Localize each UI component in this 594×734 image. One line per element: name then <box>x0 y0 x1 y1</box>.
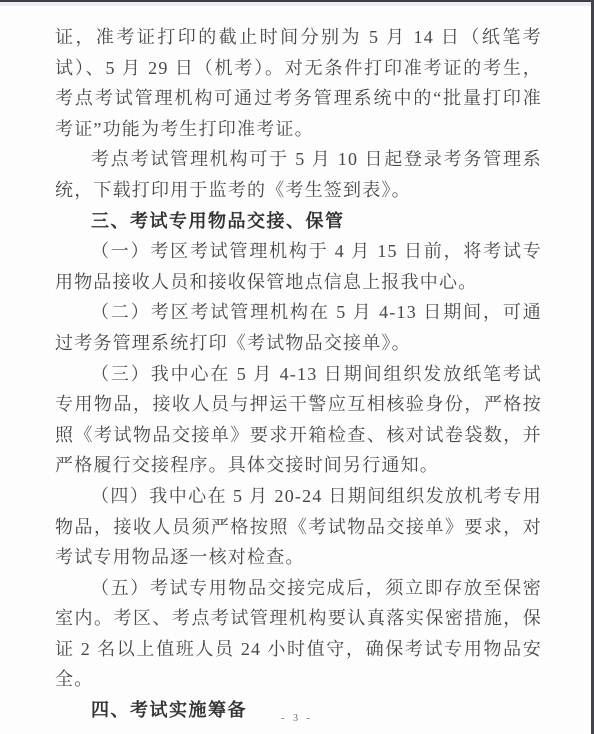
page-number: - 3 - <box>0 713 594 724</box>
body-paragraph-item-5: （五）考试专用物品交接完成后，须立即存放至保密室内。考区、考点考试管理机构要认真… <box>55 573 542 695</box>
body-paragraph-item-1: （一）考区考试管理机构于 4 月 15 日前，将考试专用物品接收人员和接收保管地… <box>55 236 542 297</box>
section-heading-3: 三、考试专用物品交接、保管 <box>55 206 542 237</box>
body-paragraph: 考点考试管理机构可于 5 月 10 日起登录考务管理系统，下载打印用于监考的《考… <box>55 144 542 205</box>
document-body: 证，准考证打印的截止时间分别为 5 月 14 日（纸笔考试）、5 月 29 日（… <box>55 22 542 726</box>
body-paragraph-item-4: （四）我中心在 5 月 20-24 日期间组织发放机考专用物品，接收人员须严格按… <box>55 481 542 573</box>
body-paragraph-item-2: （二）考区考试管理机构在 5 月 4-13 日期间，可通过考务管理系统打印《考试… <box>55 297 542 358</box>
body-paragraph-continuation: 证，准考证打印的截止时间分别为 5 月 14 日（纸笔考试）、5 月 29 日（… <box>55 22 542 144</box>
body-paragraph-item-3: （三）我中心在 5 月 4-13 日期间组织发放纸笔考试专用物品，接收人员与押运… <box>55 359 542 481</box>
scan-shade-top <box>0 2 594 6</box>
